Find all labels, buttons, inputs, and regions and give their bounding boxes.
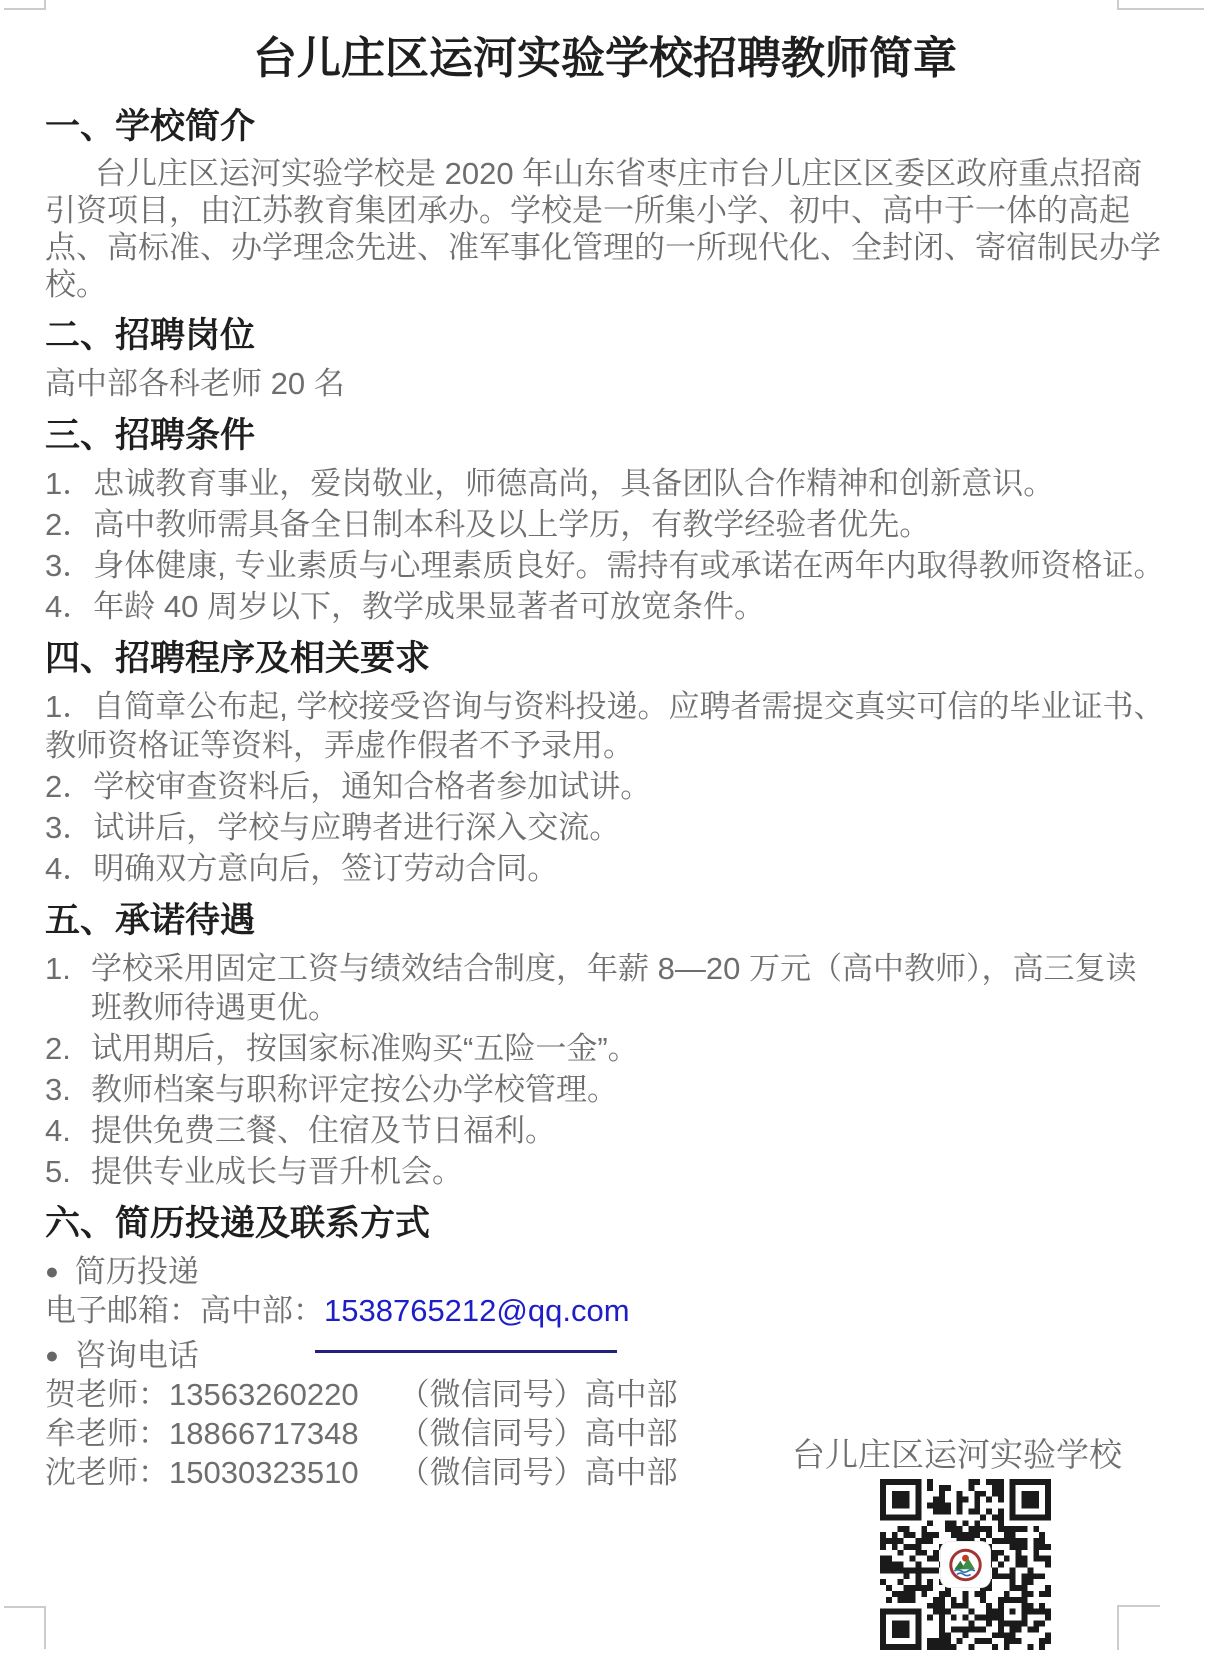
list-text: 学校采用固定工资与绩效结合制度，年薪 8—20 万元（高中教师），高三复读班教师… [91,949,1165,1027]
corner-mark-bottom-right [1117,1605,1160,1607]
paragraph: 4．明确双方意向后，签订劳动合同。 [45,849,1165,888]
sections-container: 一、学校简介台儿庄区运河实验学校是 2020 年山东省枣庄市台儿庄区区委区政府重… [45,108,1165,1492]
school-emblem-icon [945,1546,986,1584]
corner-mark-bottom-left [44,1606,46,1649]
paragraph: 3．试讲后，学校与应聘者进行深入交流。 [45,808,1165,847]
corner-mark-bottom-left [4,1606,46,1608]
email-row: 电子邮箱：高中部：1538765212@qq.com [45,1291,1165,1330]
section-heading-benefits: 五、承诺待遇 [45,902,1165,940]
list-text: 教师档案与职称评定按公办学校管理。 [91,1070,1165,1109]
list-item: 3.教师档案与职称评定按公办学校管理。 [45,1070,1165,1109]
resume-label: 简历投递 [75,1254,199,1289]
list-text: 提供免费三餐、住宿及节日福利。 [91,1111,1165,1150]
section-heading-requirements: 三、招聘条件 [45,417,1165,455]
page-title: 台儿庄区运河实验学校招聘教师简章 [45,34,1165,84]
email-underline [315,1350,617,1353]
wechat-note: （微信同号）高中部 [399,1455,678,1490]
section-heading-positions: 二、招聘岗位 [45,317,1165,355]
paragraph: 高中部各科老师 20 名 [45,364,1165,403]
section-heading-procedure: 四、招聘程序及相关要求 [45,640,1165,678]
list-text: 试用期后，按国家标准购买“五险一金”。 [91,1029,1165,1068]
list-number: 5. [45,1152,91,1191]
paragraph: 4．年龄 40 周岁以下，教学成果显著者可放宽条件。 [45,587,1165,626]
list-text: 提供专业成长与晋升机会。 [91,1152,1165,1191]
phone-number: 18866717348 [169,1416,359,1451]
list-number: 1. [45,949,91,1027]
wechat-note: （微信同号）高中部 [399,1377,678,1412]
list-number: 2. [45,1029,91,1068]
bullet-icon: ● [45,1258,59,1284]
paragraph: 台儿庄区运河实验学校是 2020 年山东省枣庄市台儿庄区区委区政府重点招商引资项… [45,155,1165,303]
section-heading-intro: 一、学校简介 [45,108,1165,146]
teacher-name: 贺老师： [45,1377,169,1412]
list-number: 3. [45,1070,91,1109]
school-logo [941,1542,990,1587]
phone-number: 15030323510 [169,1455,359,1490]
wechat-note: （微信同号）高中部 [399,1416,678,1451]
resume-bullet-row: ●简历投递 [45,1252,1165,1291]
qr-code [880,1479,1051,1650]
document-page: 台儿庄区运河实验学校招聘教师简章 一、学校简介台儿庄区运河实验学校是 2020 … [0,0,1208,1676]
teacher-name: 沈老师： [45,1455,169,1490]
email-link[interactable]: 1538765212@qq.com [324,1293,630,1328]
paragraph: 1．忠诚教育事业，爱岗敬业，师德高尚，具备团队合作精神和创新意识。 [45,464,1165,503]
paragraph: 2．学校审查资料后，通知合格者参加试讲。 [45,767,1165,806]
list-number: 4. [45,1111,91,1150]
phone-number: 13563260220 [169,1377,359,1412]
paragraph: 1．自简章公布起, 学校接受咨询与资料投递。应聘者需提交真实可信的毕业证书、教师… [45,687,1165,765]
phone-row: 贺老师：13563260220（微信同号）高中部 [45,1375,1165,1414]
section-heading-contact: 六、简历投递及联系方式 [45,1205,1165,1243]
corner-mark-bottom-right [1117,1605,1119,1650]
paragraph: 2．高中教师需具备全日制本科及以上学历，有教学经验者优先。 [45,505,1165,544]
list-item: 1.学校采用固定工资与绩效结合制度，年薪 8—20 万元（高中教师），高三复读班… [45,949,1165,1027]
phone-bullet-row: ●咨询电话 [45,1336,1165,1375]
email-prefix-label: 电子邮箱：高中部： [45,1293,324,1328]
corner-mark-top-left [4,8,46,10]
list-item: 2.试用期后，按国家标准购买“五险一金”。 [45,1029,1165,1068]
paragraph: 3．身体健康, 专业素质与心理素质良好。需持有或承诺在两年内取得教师资格证。 [45,546,1165,585]
document-content: 台儿庄区运河实验学校招聘教师简章 一、学校简介台儿庄区运河实验学校是 2020 … [45,0,1165,1492]
bullet-icon: ● [45,1342,59,1368]
school-name-caption: 台儿庄区运河实验学校 [792,1438,1122,1472]
list-item: 4.提供免费三餐、住宿及节日福利。 [45,1111,1165,1150]
teacher-name: 牟老师： [45,1416,169,1451]
phone-label: 咨询电话 [75,1338,199,1373]
list-item: 5.提供专业成长与晋升机会。 [45,1152,1165,1191]
